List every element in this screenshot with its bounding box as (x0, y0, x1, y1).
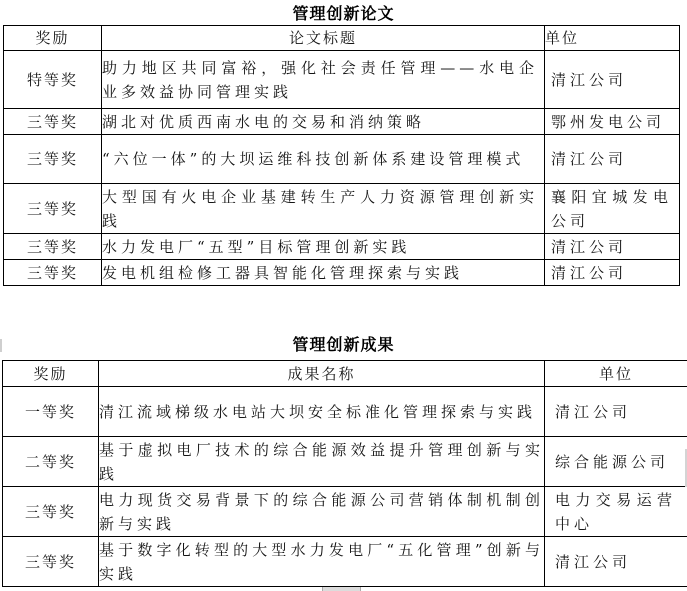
cutoff-element-bottom (322, 587, 361, 591)
papers-header-award: 奖励 (4, 26, 102, 51)
award-cell: 三等奖 (3, 487, 99, 537)
award-cell: 三等奖 (4, 260, 102, 286)
award-cell: 一等奖 (3, 387, 99, 437)
achievements-header-unit: 单位 (545, 361, 687, 387)
unit-cell: 清江公司 (545, 387, 687, 437)
table-row: 三等奖 “六位一体”的大坝运维科技创新体系建设管理模式 清江公司 (4, 135, 680, 184)
unit-cell: 清江公司 (545, 260, 680, 286)
achievements-table: 奖励 成果名称 单位 一等奖 清江流域梯级水电站大坝安全标准化管理探索与实践 清… (2, 360, 687, 587)
table-row: 二等奖 基于虚拟电厂技术的综合能源效益提升管理创新与实践 综合能源公司 (3, 437, 687, 487)
table-row: 一等奖 清江流域梯级水电站大坝安全标准化管理探索与实践 清江公司 (3, 387, 687, 437)
papers-table: 奖励 论文标题 单位 特等奖 助力地区共同富裕，强化社会责任管理——水电企业多效… (3, 25, 680, 286)
paper-title-cell: 发电机组检修工器具智能化管理探索与实践 (102, 260, 545, 286)
table-row: 三等奖 大型国有火电企业基建转生产人力资源管理创新实践 襄阳宜城发电公司 (4, 184, 680, 234)
award-cell: 三等奖 (4, 184, 102, 234)
left-margin-mark (0, 339, 2, 352)
achievement-name-cell: 基于数字化转型的大型水力发电厂“五化管理”创新与实践 (99, 537, 545, 587)
table-row: 三等奖 发电机组检修工器具智能化管理探索与实践 清江公司 (4, 260, 680, 286)
award-cell: 二等奖 (3, 437, 99, 487)
award-cell: 三等奖 (3, 537, 99, 587)
papers-header-title: 论文标题 (102, 26, 545, 51)
achievements-header-row: 奖励 成果名称 单位 (3, 361, 687, 387)
unit-cell: 综合能源公司 (545, 437, 687, 487)
document-page: 管理创新论文 奖励 论文标题 单位 特等奖 助力地区共同富裕，强化社会责任管理—… (0, 0, 687, 591)
paper-title-cell: 水力发电厂“五型”目标管理创新实践 (102, 234, 545, 260)
award-cell: 三等奖 (4, 109, 102, 135)
achievements-header-award: 奖励 (3, 361, 99, 387)
unit-cell: 襄阳宜城发电公司 (545, 184, 680, 234)
unit-cell: 电力交易运营中心 (545, 487, 687, 537)
award-cell: 三等奖 (4, 135, 102, 184)
papers-table-title: 管理创新论文 (0, 0, 687, 24)
award-cell: 特等奖 (4, 51, 102, 109)
unit-cell: 清江公司 (545, 51, 680, 109)
achievement-name-cell: 清江流域梯级水电站大坝安全标准化管理探索与实践 (99, 387, 545, 437)
paper-title-cell: 湖北对优质西南水电的交易和消纳策略 (102, 109, 545, 135)
table-row: 三等奖 电力现货交易背景下的综合能源公司营销体制机制创新与实践 电力交易运营中心 (3, 487, 687, 537)
achievements-table-title: 管理创新成果 (0, 286, 687, 359)
unit-cell: 鄂州发电公司 (545, 109, 680, 135)
papers-header-row: 奖励 论文标题 单位 (4, 26, 680, 51)
unit-cell: 清江公司 (545, 135, 680, 184)
table-row: 特等奖 助力地区共同富裕，强化社会责任管理——水电企业多效益协同管理实践 清江公… (4, 51, 680, 109)
papers-header-unit: 单位 (545, 26, 680, 51)
paper-title-cell: 助力地区共同富裕，强化社会责任管理——水电企业多效益协同管理实践 (102, 51, 545, 109)
paper-title-cell: “六位一体”的大坝运维科技创新体系建设管理模式 (102, 135, 545, 184)
table-row: 三等奖 基于数字化转型的大型水力发电厂“五化管理”创新与实践 清江公司 (3, 537, 687, 587)
award-cell: 三等奖 (4, 234, 102, 260)
unit-cell: 清江公司 (545, 537, 687, 587)
table-row: 三等奖 湖北对优质西南水电的交易和消纳策略 鄂州发电公司 (4, 109, 680, 135)
achievements-header-name: 成果名称 (99, 361, 545, 387)
achievement-name-cell: 基于虚拟电厂技术的综合能源效益提升管理创新与实践 (99, 437, 545, 487)
table-row: 三等奖 水力发电厂“五型”目标管理创新实践 清江公司 (4, 234, 680, 260)
unit-cell: 清江公司 (545, 234, 680, 260)
paper-title-cell: 大型国有火电企业基建转生产人力资源管理创新实践 (102, 184, 545, 234)
achievement-name-cell: 电力现货交易背景下的综合能源公司营销体制机制创新与实践 (99, 487, 545, 537)
